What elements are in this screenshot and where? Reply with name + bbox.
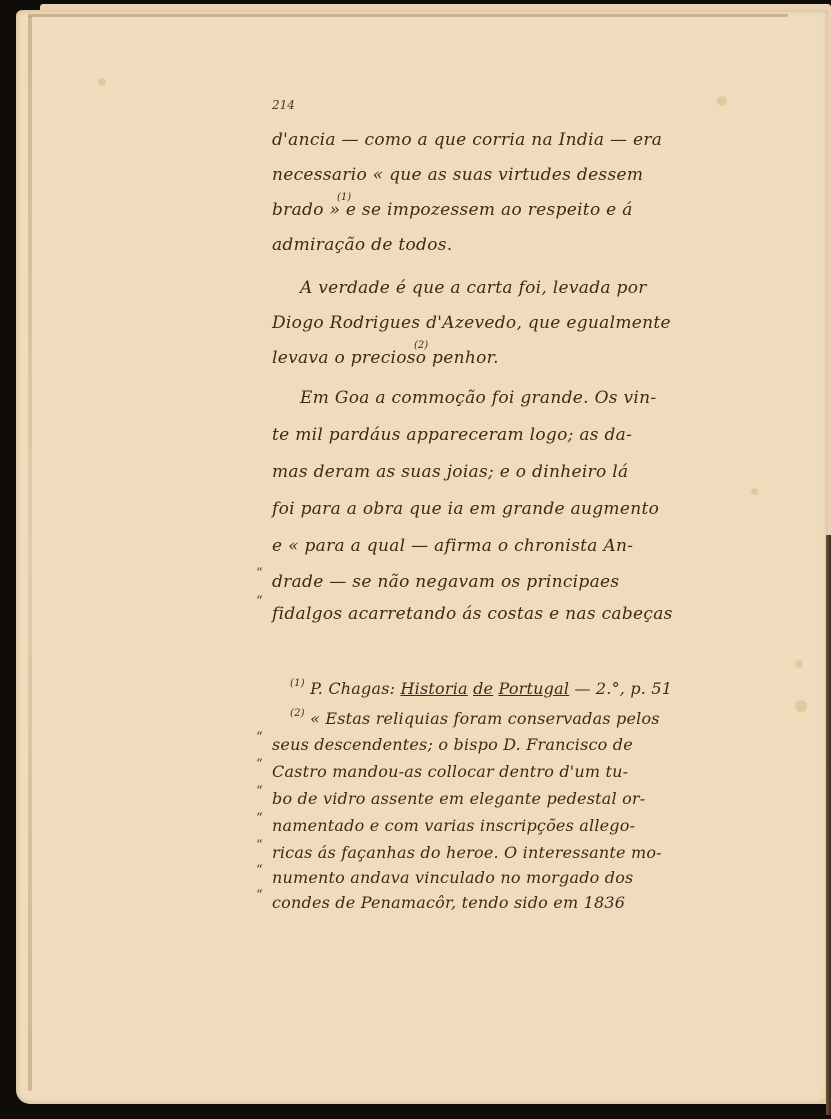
margin-quote-mark: “: [256, 811, 263, 826]
footnote-1-title-word: Historia: [401, 679, 468, 698]
footnote-2-line: Castro mandou-as collocar dentro d'um tu…: [272, 762, 628, 781]
paper-stain: [98, 78, 106, 86]
body-line-paragraph-start: Em Goa a commoção foi grande. Os vin-: [300, 388, 656, 408]
body-line: levava o precioso penhor.: [272, 348, 499, 368]
body-line-paragraph-start: A verdade é que a carta foi, levada por: [300, 278, 647, 298]
body-line: mas deram as suas joias; e o dinheiro lá: [272, 462, 628, 482]
footnote-ref-2: (2): [414, 340, 428, 351]
page-number: 214: [272, 98, 295, 112]
body-line: brado » e se impozessem ao respeito e á: [272, 200, 633, 220]
footnote-2-line: bo de vidro assente em elegante pedestal…: [272, 789, 645, 808]
body-line: te mil pardáus appareceram logo; as da-: [272, 425, 632, 445]
footnote-2-line: ricas ás façanhas do heroe. O interessan…: [272, 843, 662, 862]
page-edge-shadow: [826, 535, 831, 1115]
footnote-1-title-word: de: [473, 679, 493, 698]
paper-stain: [795, 700, 807, 712]
margin-quote-mark: “: [256, 888, 263, 903]
body-line: admiração de todos.: [272, 235, 453, 255]
footnote-2-line: (2) « Estas reliquias foram conservadas …: [290, 708, 660, 728]
body-line-text: brado » e se impozessem ao respeito e á: [272, 200, 633, 220]
body-line: e « para a qual — afirma o chronista An-: [272, 536, 633, 556]
footnote-2-line: namentado e com varias inscripções alleg…: [272, 816, 635, 835]
footnote-1-author: P. Chagas:: [310, 679, 395, 698]
paper-stain: [751, 488, 758, 495]
margin-quote-mark: “: [256, 730, 263, 745]
footnote-1-title-word: Portugal: [499, 679, 570, 698]
margin-quote-mark: “: [256, 784, 263, 799]
margin-quote-mark: “: [256, 757, 263, 772]
footnote-2-line: seus descendentes; o bispo D. Francisco …: [272, 735, 633, 754]
margin-quote-mark: “: [256, 566, 263, 581]
footnote-2-line: numento andava vinculado no morgado dos: [272, 868, 633, 887]
paper-stain: [795, 660, 803, 668]
footnote-2-marker: (2): [290, 708, 305, 719]
footnote-2-text: « Estas reliquias foram conservadas pelo…: [310, 709, 660, 728]
body-line: Diogo Rodrigues d'Azevedo, que egualment…: [272, 313, 671, 333]
footnote-1-reference: — 2.°, p. 51: [574, 679, 672, 698]
footnote-1-marker: (1): [290, 678, 305, 689]
margin-quote-mark: “: [256, 863, 263, 878]
body-line: d'ancia — como a que corria na India — e…: [272, 130, 662, 150]
body-line: foi para a obra que ia em grande augment…: [272, 499, 659, 519]
body-line: drade — se não negavam os principaes: [272, 572, 619, 592]
body-line: fidalgos acarretando ás costas e nas cab…: [272, 604, 673, 624]
footnote-2-line: condes de Penamacôr, tendo sido em 1836: [272, 893, 625, 912]
margin-quote-mark: “: [256, 594, 263, 609]
paper-stain: [717, 96, 727, 106]
footnote-ref-1: (1): [337, 192, 351, 203]
margin-quote-mark: “: [256, 838, 263, 853]
body-line: necessario « que as suas virtudes dessem: [272, 165, 643, 185]
footnote-1: (1) P. Chagas: Historia de Portugal — 2.…: [290, 678, 672, 698]
